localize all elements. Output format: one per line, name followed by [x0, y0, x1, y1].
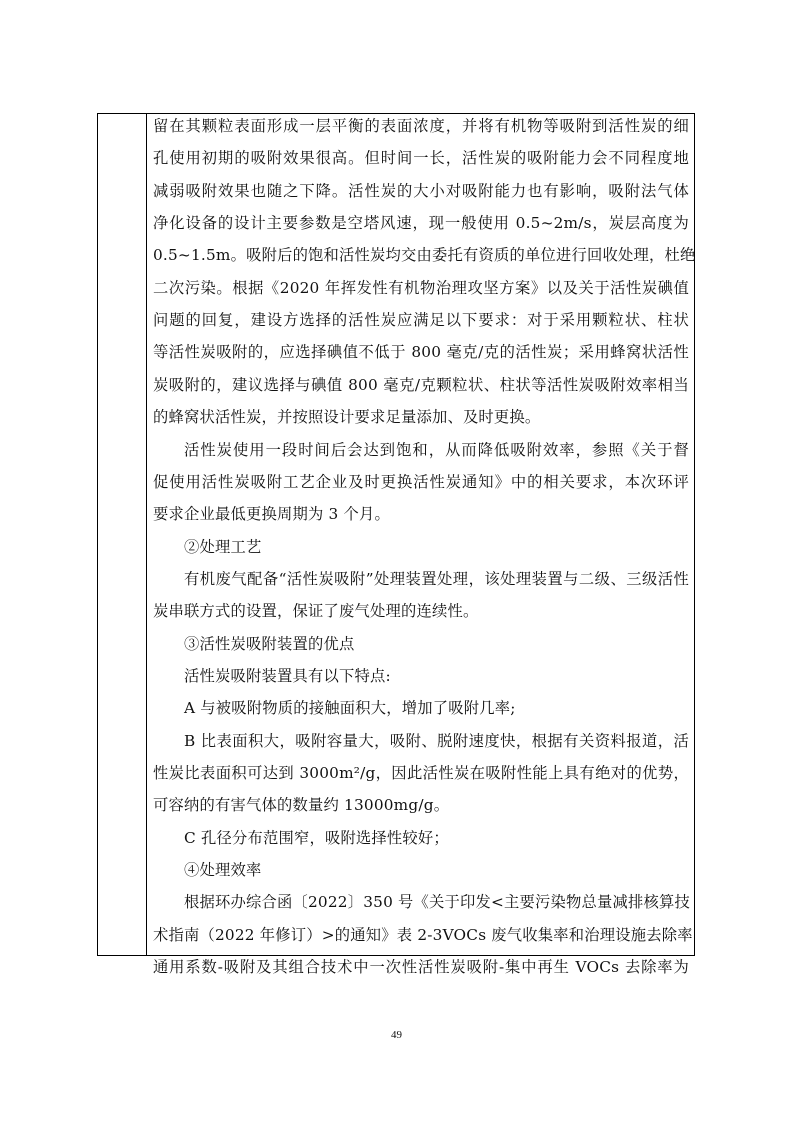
text-line: C 孔径分布范围窄，吸附选择性较好；: [153, 822, 449, 854]
text-line: 活性炭使用一段时间后会达到饱和，从而降低吸附效率，参照《关于督: [153, 434, 689, 466]
table-label-column: [98, 114, 147, 955]
text-line: 问题的回复，建设方选择的活性炭应满足以下要求：对于采用颗粒状、柱状: [153, 304, 689, 336]
text-line: ②处理工艺: [153, 531, 262, 563]
text-line: 活性炭吸附装置具有以下特点:: [153, 660, 391, 692]
text-line: 孔使用初期的吸附效果很高。但时间一长，活性炭的吸附能力会不同程度地: [153, 142, 689, 174]
text-line: ③活性炭吸附装置的优点: [153, 628, 354, 660]
page-number: 49: [0, 1029, 793, 1041]
text-line: 术指南（2022 年修订）>的通知》表 2-3VOCs 废气收集率和治理设施去除…: [153, 919, 689, 951]
text-line: 净化设备的设计主要参数是空塔风速，现一般使用 0.5~2m/s，炭层高度为: [153, 207, 689, 239]
document-page: 留在其颗粒表面形成一层平衡的表面浓度，并将有机物等吸附到活性炭的细孔使用初期的吸…: [0, 0, 793, 1122]
text-line: 促使用活性炭吸附工艺企业及时更换活性炭通知》中的相关要求，本次环评: [153, 466, 689, 498]
text-line: 的蜂窝状活性炭，并按照设计要求足量添加、及时更换。: [153, 401, 540, 433]
text-line: 0.5~1.5m。吸附后的饱和活性炭均交由委托有资质的单位进行回收处理，杜绝: [153, 239, 689, 271]
text-line: 根据环办综合函〔2022〕350 号《关于印发<主要污染物总量减排核算技: [153, 886, 689, 918]
text-line: A 与被吸附物质的接触面积大，增加了吸附几率;: [153, 692, 516, 724]
text-line: 炭串联方式的设置，保证了废气处理的连续性。: [153, 595, 478, 627]
text-line: 可容纳的有害气体的数量约 13000mg/g。: [153, 789, 449, 821]
text-line: 性炭比表面积可达到 3000m²/g，因此活性炭在吸附性能上具有绝对的优势，: [153, 757, 689, 789]
text-line: 炭吸附的，建议选择与碘值 800 毫克/克颗粒状、柱状等活性炭吸附效率相当: [153, 369, 689, 401]
text-line: 有机废气配备“活性炭吸附”处理装置处理，该处理装置与二级、三级活性: [153, 563, 689, 595]
text-line: ④处理效率: [153, 854, 262, 886]
content-table: 留在其颗粒表面形成一层平衡的表面浓度，并将有机物等吸附到活性炭的细孔使用初期的吸…: [97, 113, 695, 956]
text-line: 二次污染。根据《2020 年挥发性有机物治理攻坚方案》以及关于活性炭碘值: [153, 272, 689, 304]
text-line: 减弱吸附效果也随之下降。活性炭的大小对吸附能力也有影响，吸附法气体: [153, 175, 689, 207]
text-line: 等活性炭吸附的，应选择碘值不低于 800 毫克/克的活性炭；采用蜂窝状活性: [153, 336, 689, 368]
text-line: 留在其颗粒表面形成一层平衡的表面浓度，并将有机物等吸附到活性炭的细: [153, 110, 689, 142]
text-line: B 比表面积大，吸附容量大，吸附、脱附速度快，根据有关资料报道，活: [153, 725, 689, 757]
text-line: 通用系数-吸附及其组合技术中一次性活性炭吸附-集中再生 VOCs 去除率为: [153, 951, 689, 983]
text-line: 要求企业最低更换周期为 3 个月。: [153, 498, 390, 530]
